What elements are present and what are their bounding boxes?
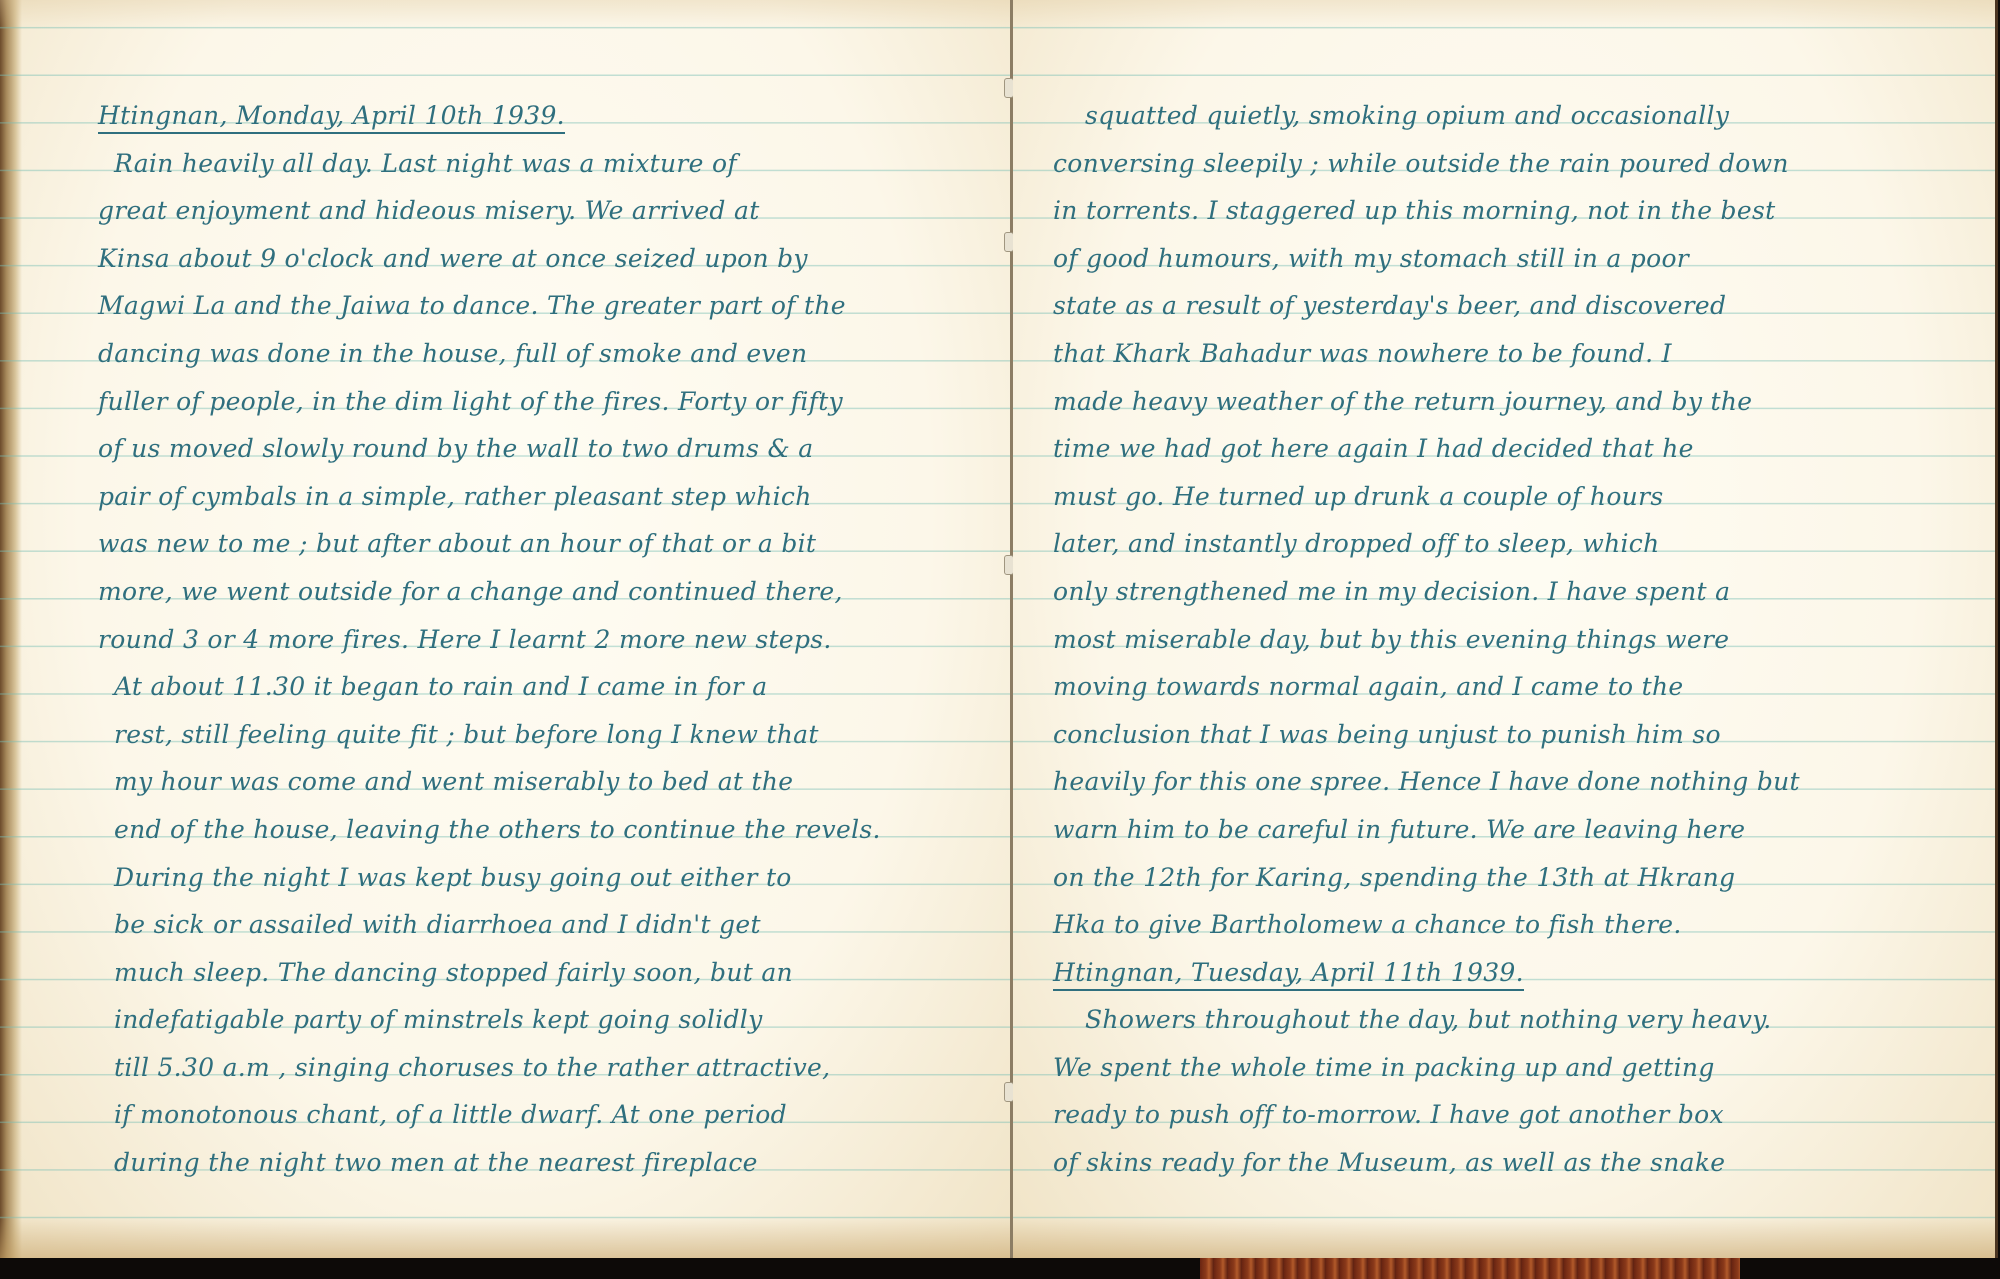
text-line: conclusion that I was being unjust to pu… (1037, 711, 1982, 759)
heading-text: Htingnan, Monday, April 10th 1939. (98, 101, 565, 134)
text-line: warn him to be careful in future. We are… (1037, 806, 1982, 854)
text-line: Kinsa about 9 o'clock and were at once s… (98, 235, 998, 283)
text-line: At about 11.30 it began to rain and I ca… (98, 663, 998, 711)
entry-heading-april-11: Htingnan, Tuesday, April 11th 1939. (1037, 949, 1982, 997)
entry-heading-april-10: Htingnan, Monday, April 10th 1939. (98, 92, 998, 140)
text-line: later, and instantly dropped off to slee… (1037, 520, 1982, 568)
text-line: that Khark Bahadur was nowhere to be fou… (1037, 330, 1982, 378)
text-line: only strengthened me in my decision. I h… (1037, 568, 1982, 616)
text-line: great enjoyment and hideous misery. We a… (98, 187, 998, 235)
text-line: heavily for this one spree. Hence I have… (1037, 758, 1982, 806)
text-line: more, we went outside for a change and c… (98, 568, 998, 616)
text-line: fuller of people, in the dim light of th… (98, 378, 998, 426)
text-line: round 3 or 4 more fires. Here I learnt 2… (98, 616, 998, 664)
text-line: end of the house, leaving the others to … (98, 806, 998, 854)
text-line: of us moved slowly round by the wall to … (98, 425, 998, 473)
text-line: of good humours, with my stomach still i… (1037, 235, 1982, 283)
right-page: squatted quietly, smoking opium and occa… (1013, 0, 1998, 1258)
text-line: must go. He turned up drunk a couple of … (1037, 473, 1982, 521)
text-line: Magwi La and the Jaiwa to dance. The gre… (98, 282, 998, 330)
text-line: rest, still feeling quite fit ; but befo… (98, 711, 998, 759)
text-line: most miserable day, but by this evening … (1037, 616, 1982, 664)
text-line: my hour was come and went miserably to b… (98, 758, 998, 806)
text-line: state as a result of yesterday's beer, a… (1037, 282, 1982, 330)
text-line: made heavy weather of the return journey… (1037, 378, 1982, 426)
text-line: squatted quietly, smoking opium and occa… (1037, 92, 1982, 140)
page-stain-bottom (0, 1218, 1010, 1258)
text-line: time we had got here again I had decided… (1037, 425, 1982, 473)
text-line: ready to push off to-morrow. I have got … (1037, 1091, 1982, 1139)
diary-spread: Htingnan, Monday, April 10th 1939. Rain … (0, 0, 2000, 1279)
book-cover-edge (1200, 1258, 1740, 1279)
text-line: if monotonous chant, of a little dwarf. … (98, 1091, 998, 1139)
text-line: was new to me ; but after about an hour … (98, 520, 998, 568)
text-line: We spent the whole time in packing up an… (1037, 1044, 1982, 1092)
text-line: be sick or assailed with diarrhoea and I… (98, 901, 998, 949)
page-stain-bottom (1013, 1218, 1995, 1258)
heading-text: Htingnan, Tuesday, April 11th 1939. (1053, 958, 1524, 991)
text-line: much sleep. The dancing stopped fairly s… (98, 949, 998, 997)
text-line: Rain heavily all day. Last night was a m… (98, 140, 998, 188)
left-page-text: Htingnan, Monday, April 10th 1939. Rain … (98, 92, 998, 1187)
text-line: in torrents. I staggered up this morning… (1037, 187, 1982, 235)
text-line: dancing was done in the house, full of s… (98, 330, 998, 378)
text-line: till 5.30 a.m , singing choruses to the … (98, 1044, 998, 1092)
right-page-text: squatted quietly, smoking opium and occa… (1037, 92, 1982, 1187)
left-page: Htingnan, Monday, April 10th 1939. Rain … (0, 0, 1013, 1258)
text-line: during the night two men at the nearest … (98, 1139, 998, 1187)
text-line: Showers throughout the day, but nothing … (1037, 996, 1982, 1044)
text-line: During the night I was kept busy going o… (98, 854, 998, 902)
text-line: Hka to give Bartholomew a chance to fish… (1037, 901, 1982, 949)
text-line: indefatigable party of minstrels kept go… (98, 996, 998, 1044)
text-line: on the 12th for Karing, spending the 13t… (1037, 854, 1982, 902)
text-line: conversing sleepily ; while outside the … (1037, 140, 1982, 188)
text-line: of skins ready for the Museum, as well a… (1037, 1139, 1982, 1187)
text-line: pair of cymbals in a simple, rather plea… (98, 473, 998, 521)
text-line: moving towards normal again, and I came … (1037, 663, 1982, 711)
